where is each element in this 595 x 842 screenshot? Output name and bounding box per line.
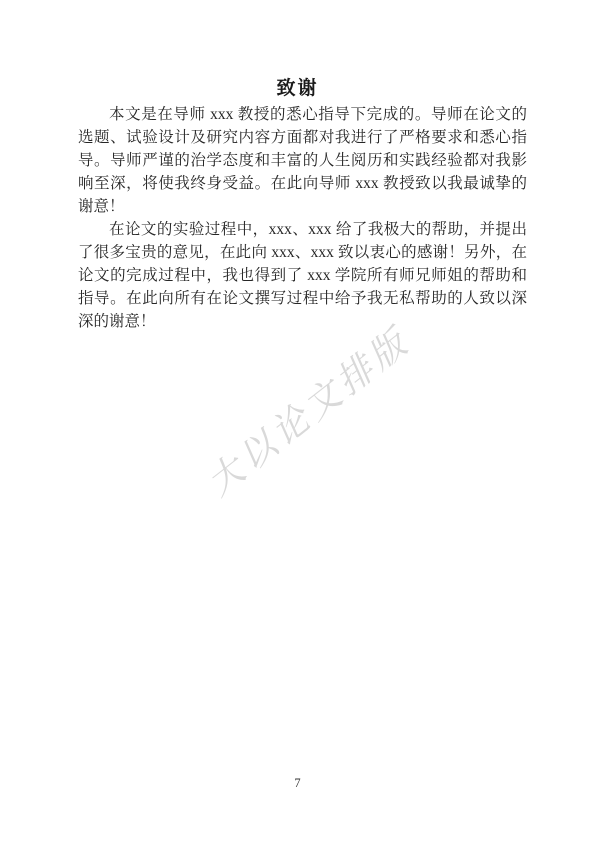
diagonal-watermark: 大以论文排版: [194, 314, 419, 506]
paragraph-1: 本文是在导师 xxx 教授的悉心指导下完成的。导师在论文的选题、试验设计及研究内…: [78, 103, 527, 218]
page-title: 致谢: [0, 73, 595, 100]
body-text: 本文是在导师 xxx 教授的悉心指导下完成的。导师在论文的选题、试验设计及研究内…: [78, 103, 527, 333]
paragraph-2: 在论文的实验过程中，xxx、xxx 给了我极大的帮助，并提出了很多宝贵的意见，在…: [78, 218, 527, 333]
page-number: 7: [0, 776, 595, 791]
document-page: 致谢 本文是在导师 xxx 教授的悉心指导下完成的。导师在论文的选题、试验设计及…: [0, 0, 595, 842]
